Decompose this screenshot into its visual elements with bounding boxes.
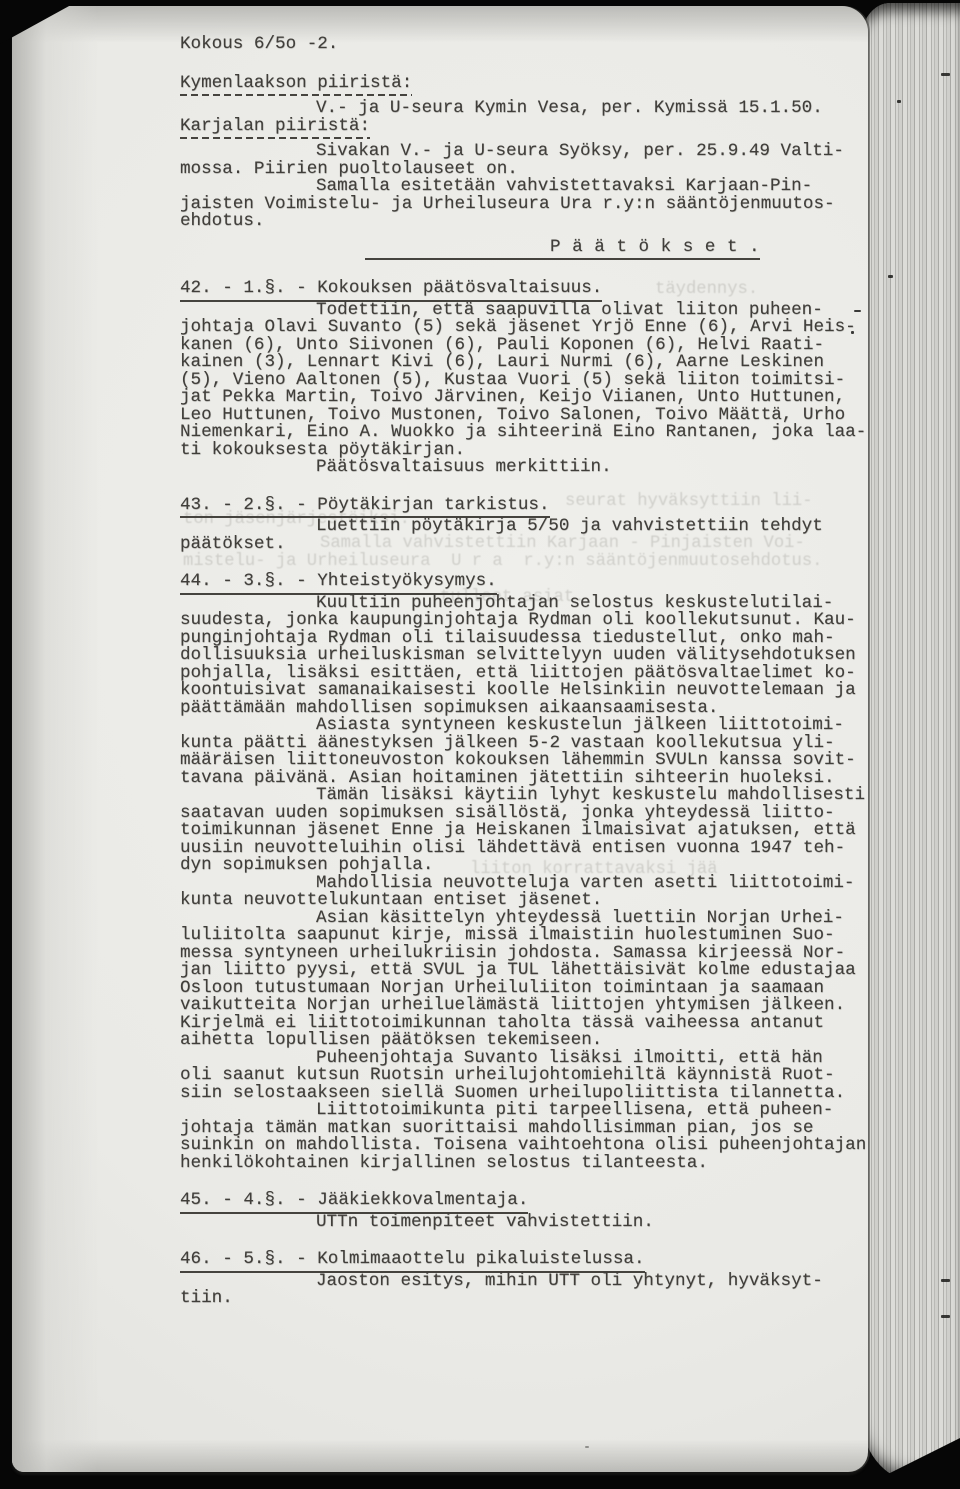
district-heading: Karjalan piiristä: xyxy=(180,118,870,140)
paragraph-line: Päätösvaltaisuus merkittiin. xyxy=(180,459,870,477)
paragraph-line: V.- ja U-seura Kymin Vesa, per. Kymissä … xyxy=(180,100,870,118)
typewritten-text: Kokous 6/5o -2.Kymenlaakson piiristä:V.-… xyxy=(180,36,870,1308)
section-heading: 46. - 5.§. - Kolmimaaottelu pikaluistelu… xyxy=(180,1251,870,1273)
paragraph-line: henkilökohtainen kirjallinen selostus ti… xyxy=(180,1155,870,1173)
line-text: tiin. xyxy=(180,1288,233,1308)
paragraph-line: ehdotus. xyxy=(180,213,870,231)
line-text: Päätösvaltaisuus merkittiin. xyxy=(316,457,612,477)
scanned-document: Kokous 6/5o -2.Kymenlaakson piiristä:V.-… xyxy=(0,0,960,1489)
paragraph-line: UTTn toimenpiteet vahvistettiin. xyxy=(180,1214,870,1232)
line-text: jaisten Voimistelu- ja Urheiluseura Ura … xyxy=(180,194,835,214)
line-text: Luettiin pöytäkirja 5/50 ja vahvistettii… xyxy=(316,516,823,536)
line-text: 44. - 3.§. - Yhteistyökysymys. xyxy=(180,573,497,595)
line-text: UTTn toimenpiteet vahvistettiin. xyxy=(316,1212,654,1232)
line-text: päätökset. xyxy=(180,534,286,554)
line-text: 45. - 4.§. - Jääkiekkovalmentaja. xyxy=(180,1192,528,1214)
paragraph-line: Jaoston esitys, mihin UTT oli yhtynyt, h… xyxy=(180,1273,870,1291)
section-heading: 43. - 2.§. - Pöytäkirjan tarkistus. xyxy=(180,497,870,519)
ink-speck xyxy=(585,1446,589,1448)
line-text: 43. - 2.§. - Pöytäkirjan tarkistus. xyxy=(180,497,550,519)
paragraph-line: jaisten Voimistelu- ja Urheiluseura Ura … xyxy=(180,196,870,214)
paragraph-line: päätökset. xyxy=(180,536,870,554)
ink-speck xyxy=(897,100,901,103)
document-title: Kokous 6/5o -2. xyxy=(180,36,870,54)
line-text: ehdotus. xyxy=(180,211,264,231)
line-text: Kokous 6/5o -2. xyxy=(180,34,338,54)
district-heading: Kymenlaakson piiristä: xyxy=(180,75,870,97)
edge-tick-mark xyxy=(941,1315,950,1318)
line-text: Jaoston esitys, mihin UTT oli yhtynyt, h… xyxy=(316,1271,823,1291)
section-heading: 45. - 4.§. - Jääkiekkovalmentaja. xyxy=(180,1192,870,1214)
line-text: P ä ä t ö k s e t . xyxy=(365,239,760,261)
page-stack-edge xyxy=(860,3,960,1481)
section-heading: 44. - 3.§. - Yhteistyökysymys. xyxy=(180,573,870,595)
ink-speck xyxy=(888,275,893,278)
decisions-heading: P ä ä t ö k s e t . xyxy=(180,239,870,261)
line-text: 42. - 1.§. - Kokouksen päätösvaltaisuus. xyxy=(180,280,602,302)
line-text: 46. - 5.§. - Kolmimaaottelu pikaluistelu… xyxy=(180,1251,645,1273)
line-text: henkilökohtainen kirjallinen selostus ti… xyxy=(180,1153,708,1173)
line-text: V.- ja U-seura Kymin Vesa, per. Kymissä … xyxy=(316,98,823,118)
paragraph-line: tiin. xyxy=(180,1290,870,1308)
line-text: Karjalan piiristä: xyxy=(180,118,370,140)
ink-speck xyxy=(851,331,854,334)
edge-tick-mark xyxy=(941,73,950,76)
section-heading: 42. - 1.§. - Kokouksen päätösvaltaisuus. xyxy=(180,280,870,302)
edge-tick-mark xyxy=(941,1279,950,1282)
ink-speck xyxy=(854,310,861,312)
line-text: Kymenlaakson piiristä: xyxy=(180,75,412,97)
